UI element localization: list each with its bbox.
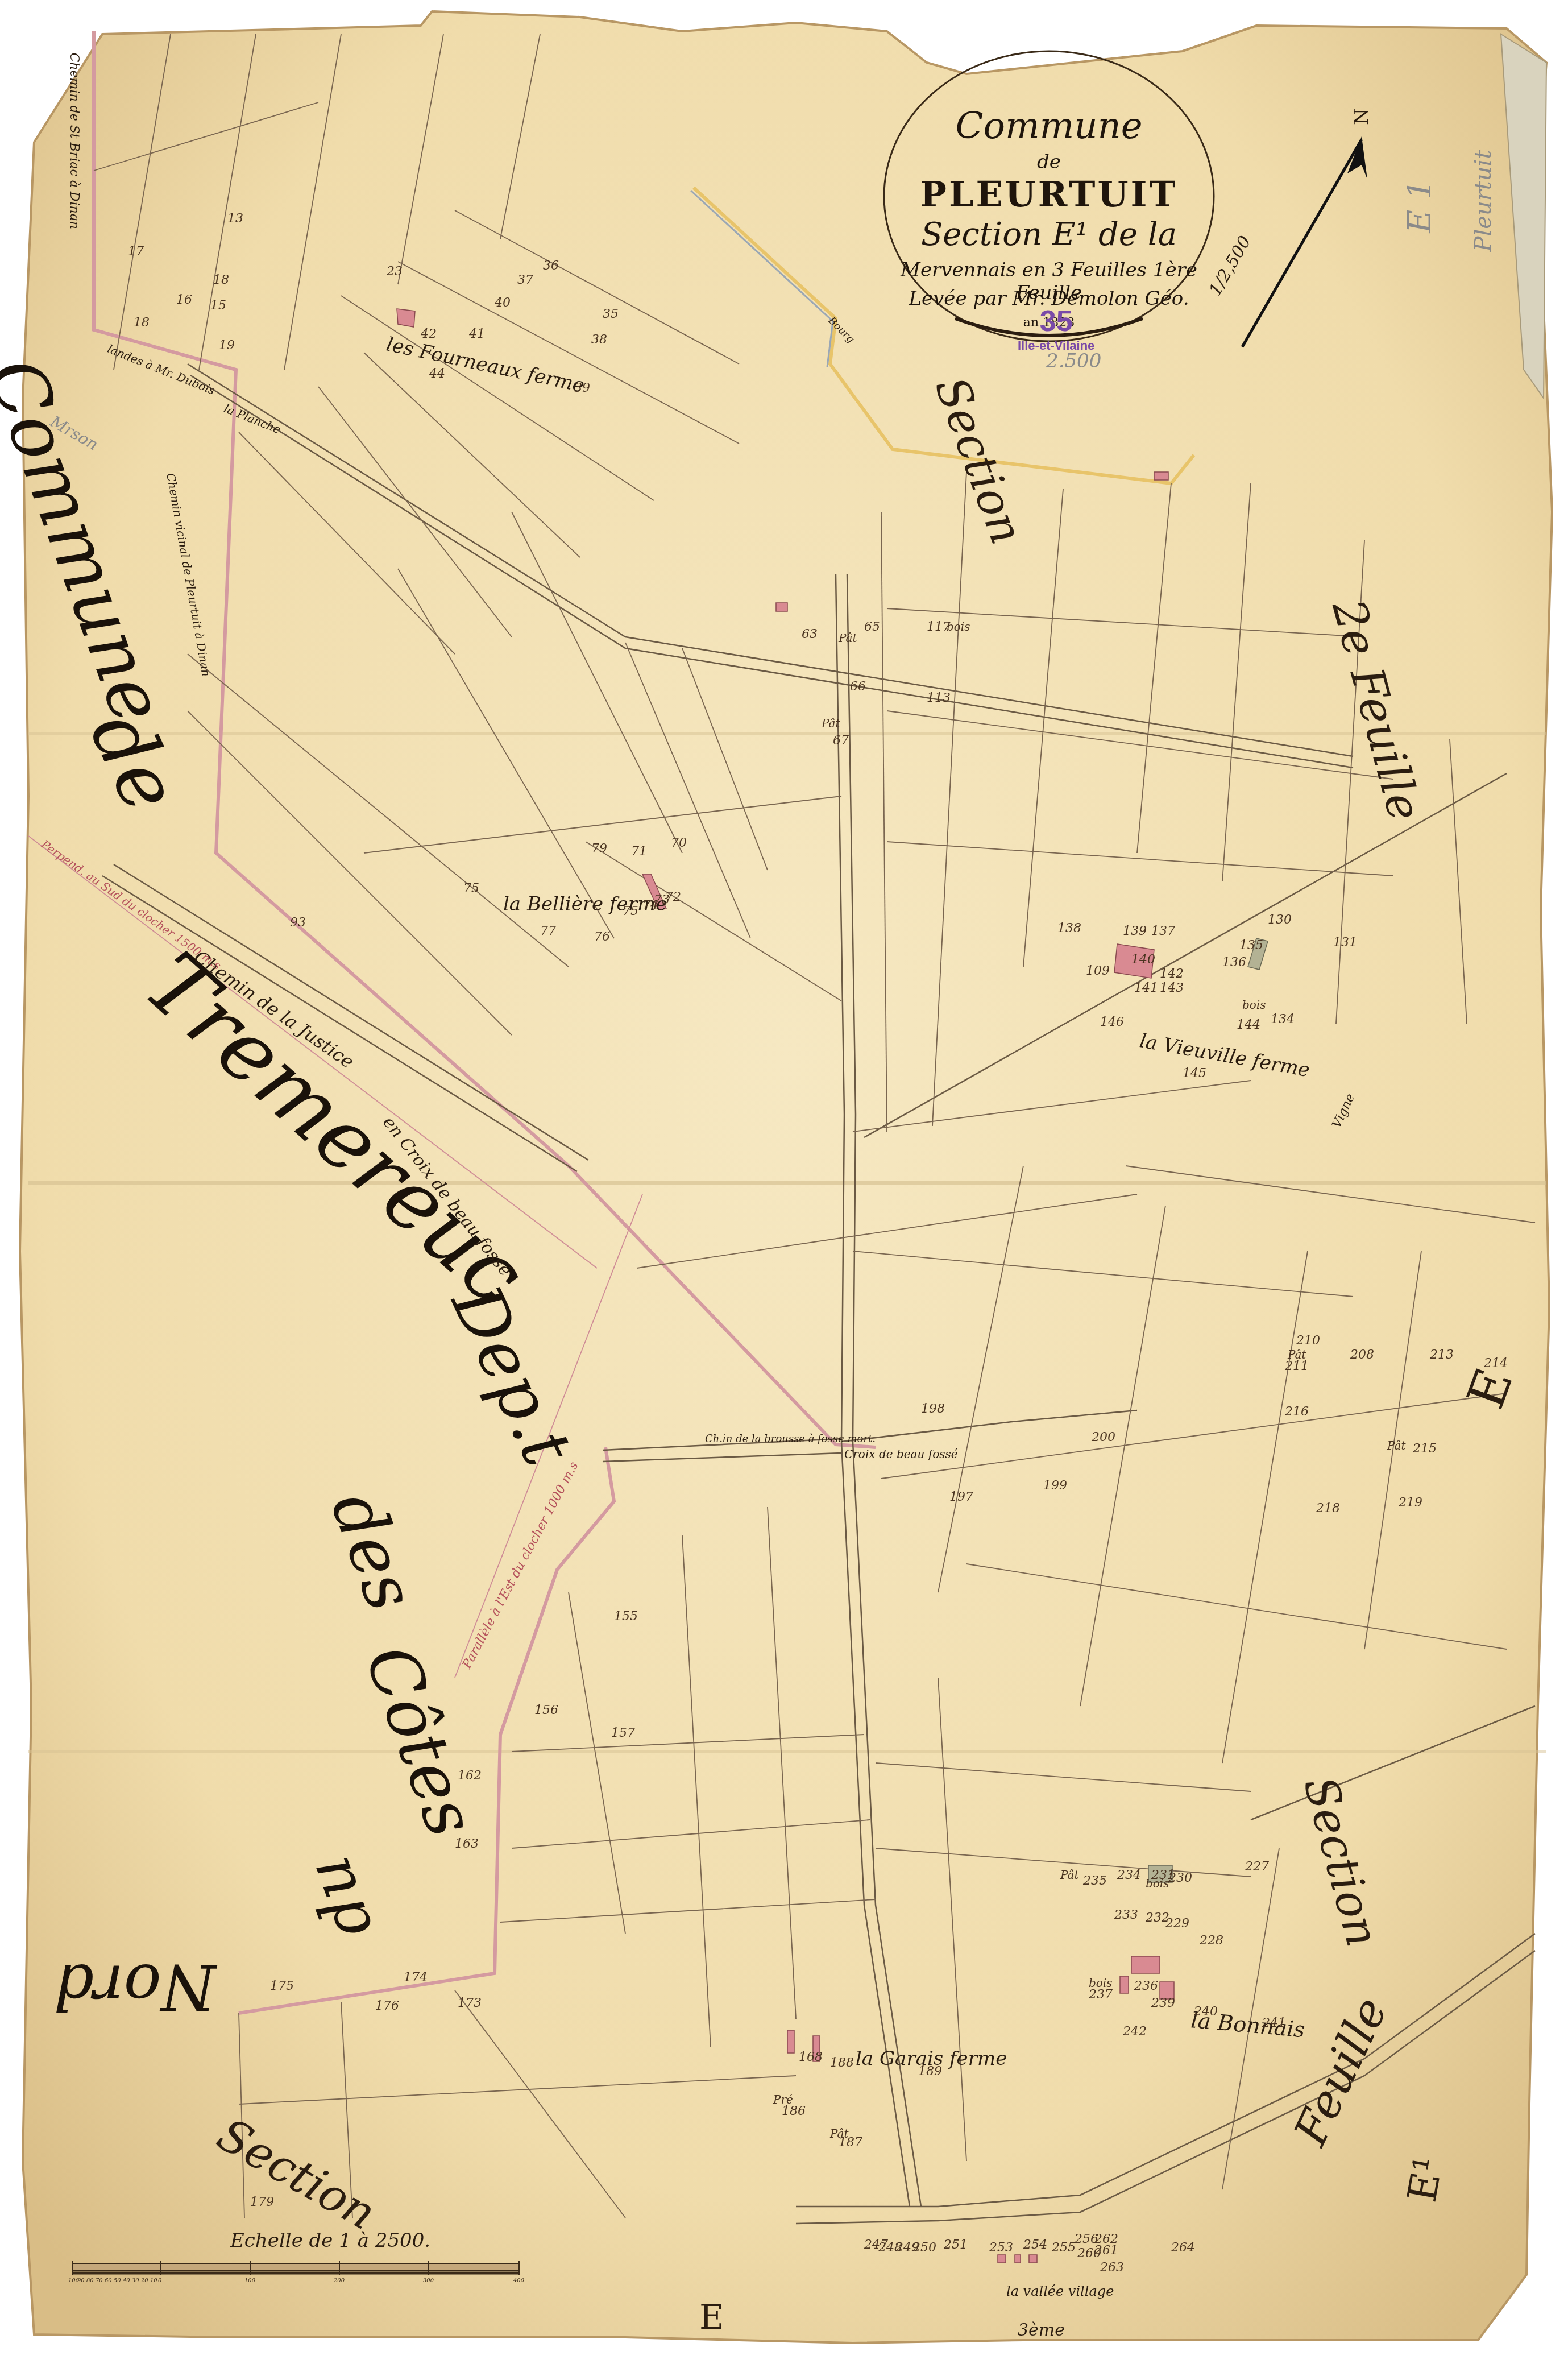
parcel-number: 263 [1100,2261,1124,2275]
parcel-number: 162 [458,1769,482,1783]
parcel-number: 138 [1057,921,1081,935]
parcel-number: 65 [864,620,880,634]
parcel-number: 228 [1200,1934,1223,1948]
parcel-number: 93 [290,916,306,930]
parcel-number: 215 [1413,1442,1437,1456]
parcel-number: 16 [176,293,192,307]
parcel-number: 230 [1168,1871,1192,1885]
parcel-number: 251 [944,2238,968,2252]
label-e1-bottom-right: E¹ [1399,2153,1453,2205]
parcel-number: 227 [1245,1860,1269,1874]
building-les-fourneaux [397,309,415,327]
parcel-number: 198 [921,1402,945,1416]
parcel-number: 253 [989,2241,1013,2255]
parcel-number: 163 [455,1837,479,1851]
scale-title: Echelle de 1 à 2500. [230,2229,430,2252]
parcel-number: 17 [128,245,144,259]
parcel-number: 74 [642,899,658,913]
parcel-number: 75 [463,881,479,896]
parcel-number: 242 [1123,2025,1147,2039]
parcel-number: 236 [1134,1979,1158,1993]
parcel-number: 146 [1100,1015,1124,1029]
parcel-number: 176 [375,1999,399,2013]
stamp-number: 35 [1018,304,1094,338]
parcel-number: 131 [1333,935,1357,950]
parcel-number: 145 [1183,1066,1206,1081]
parcel-number: 260 [1077,2246,1101,2261]
parcel-number: 140 [1131,953,1155,967]
place-croix-beau-fosse: Croix de beau fossé [844,1447,958,1461]
parcel-number: 219 [1399,1496,1422,1510]
parcel-number: 188 [830,2056,854,2070]
parcel-number: 141 [1134,981,1158,995]
parcel-number: 218 [1316,1501,1340,1516]
parcel-number: 63 [802,627,818,641]
parcel-number: 38 [591,333,607,347]
parcel-number: 135 [1239,938,1263,953]
parcel-number: 240 [1194,2005,1218,2019]
parcel-number: 44 [429,367,445,381]
parcel-number: 156 [534,1703,558,1717]
map-drawing [0,0,1568,2372]
parcel-number: 71 [631,845,647,859]
scale-ticks: 100 90 80 70 60 50 40 30 20 10 0 100 200… [68,2278,523,2289]
parcel-number: 255 [1052,2241,1076,2255]
place-la-vallee: la vallée village [1006,2283,1114,2299]
parcel-number: 143 [1160,981,1184,995]
land-use-mark: Pât [830,2127,849,2141]
parcel-number: 241 [1262,2016,1286,2030]
parcel-number: 67 [833,734,849,748]
cartouche: Commune de PLEURTUIT Section E¹ de la Me… [884,94,1214,333]
pencil-scale-note: 2.500 [1046,350,1101,372]
cadastral-map-sheet: Commune de PLEURTUIT Section E¹ de la Me… [0,0,1568,2372]
parcel-number: 36 [543,259,559,273]
cartouche-de: de [884,151,1214,173]
parcel-number: 155 [614,1609,638,1624]
parcel-number: 216 [1285,1405,1309,1419]
parcel-number: 35 [603,307,619,321]
parcel-number: 79 [591,842,607,856]
parcel-number: 197 [949,1490,973,1504]
parcel-number: 41 [469,327,485,341]
cartouche-pleurtuit: PLEURTUIT [884,173,1214,215]
parcel-number: 179 [250,2195,274,2209]
road-brousse-fosse-mort: Ch.in de la brousse à fosse mort. [705,1433,876,1445]
parcel-number: 19 [219,338,235,353]
building-la-bonnais [1131,1956,1160,1973]
parcel-number: 18 [213,273,229,287]
parcel-number: 66 [850,680,866,694]
pencil-section-e1: E 1 [1401,179,1438,233]
label-e-bottom: E [699,2298,724,2337]
parcel-number: 137 [1151,924,1175,938]
parcel-number: 157 [611,1726,635,1740]
parcel-number: 136 [1222,955,1246,970]
parcel-number: 234 [1117,1868,1141,1882]
parcel-number: 76 [594,930,610,944]
parcel-number: 134 [1271,1012,1295,1026]
parcel-number: 144 [1237,1018,1260,1032]
parcel-number: 42 [421,327,437,341]
land-use-mark: Pât [1060,1868,1079,1882]
land-use-mark: Pât [839,631,857,645]
parcel-number: 130 [1268,913,1292,927]
parcel-number: 75 [623,904,638,918]
parcel-number: 200 [1092,1430,1115,1444]
parcel-number: 239 [1151,1996,1175,2010]
parcel-number: 40 [495,296,511,310]
cartouche-commune: Commune [884,105,1214,147]
land-use-mark: Pât [1387,1439,1406,1452]
parcel-number: 189 [918,2064,942,2079]
land-use-mark: bois [1146,1877,1169,1890]
parcel-number: 70 [671,836,687,850]
land-use-mark: bois [1242,998,1266,1012]
land-use-mark: bois [947,620,970,634]
cartouche-section: Section E¹ de la [884,216,1214,253]
north-letter: N [1350,108,1373,125]
parcel-number: 173 [458,1996,482,2010]
archive-stamp: 35 Ille-et-Vilaine [1018,304,1094,353]
label-third-bottom: 3ème [1018,2320,1065,2340]
road-st-briac-dinan: Chemin de St Briac à Dinan [67,53,81,229]
land-use-mark: Pât [822,717,840,730]
parcel-number: 214 [1484,1356,1508,1371]
parcel-number: 208 [1350,1348,1374,1362]
paper-sheet [20,11,1552,2343]
pencil-pleurtuit: Pleurtuit [1470,150,1496,252]
parcel-number: 13 [227,212,243,226]
parcel-number: 18 [134,316,150,330]
parcel-number: 235 [1083,1874,1107,1888]
parcel-number: 109 [1086,964,1110,978]
parcel-number: 77 [540,924,556,938]
parcel-number: 168 [799,2050,823,2064]
parcel-number: 39 [574,381,590,395]
parcel-number: 175 [270,1979,294,1993]
parcel-number: 233 [1114,1908,1138,1922]
parcel-number: 15 [210,299,226,313]
parcel-number: 264 [1171,2241,1195,2255]
parcel-number: 37 [517,273,533,287]
parcel-number: 213 [1430,1348,1454,1362]
parcel-number: 142 [1160,967,1184,981]
parcel-number: 210 [1296,1334,1320,1348]
parcel-number: 254 [1023,2238,1047,2252]
parcel-number: 250 [912,2241,936,2255]
land-use-mark: bois [1089,1976,1113,1990]
land-use-mark: Pré [773,2093,793,2106]
parcel-number: 113 [927,691,951,705]
label-nord: Nord [54,1951,216,2023]
parcel-number: 174 [404,1971,428,1985]
parcel-number: 23 [387,264,403,279]
parcel-number: 199 [1043,1479,1067,1493]
parcel-number: 139 [1123,924,1147,938]
land-use-mark: Pât [1288,1348,1306,1361]
parcel-number: 229 [1165,1916,1189,1931]
